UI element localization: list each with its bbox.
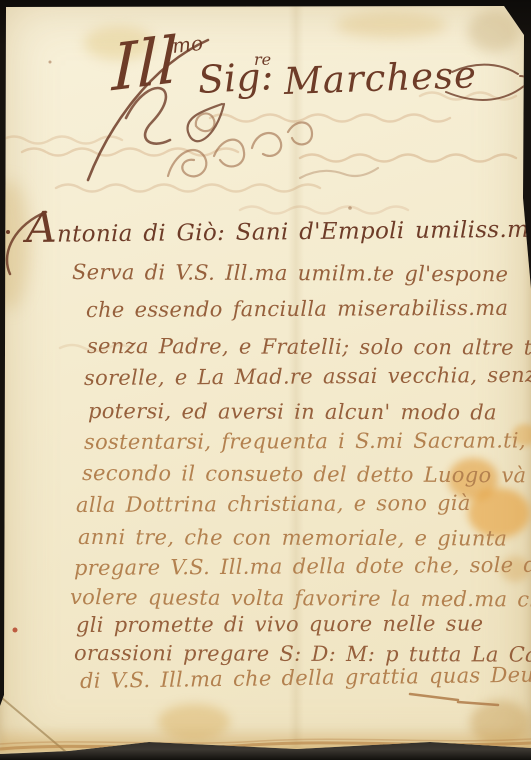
initial-letter-swash — [7, 212, 46, 274]
ink-flourishes — [0, 0, 531, 760]
monogram-flourish — [126, 88, 170, 144]
salutation-descender-flourish — [188, 104, 224, 141]
ink-dots — [6, 61, 352, 633]
header-tail-flourish — [446, 76, 527, 100]
manuscript-scan: Ill mo Sig: re Marchese Antonia di Giò: … — [0, 0, 531, 760]
quas-underline — [410, 694, 498, 705]
torn-bottom-edge-line — [0, 743, 531, 749]
header-tail-flourish — [452, 65, 518, 74]
monogram-flourish — [88, 40, 208, 180]
paper-sheet: Ill mo Sig: re Marchese Antonia di Giò: … — [0, 0, 531, 760]
